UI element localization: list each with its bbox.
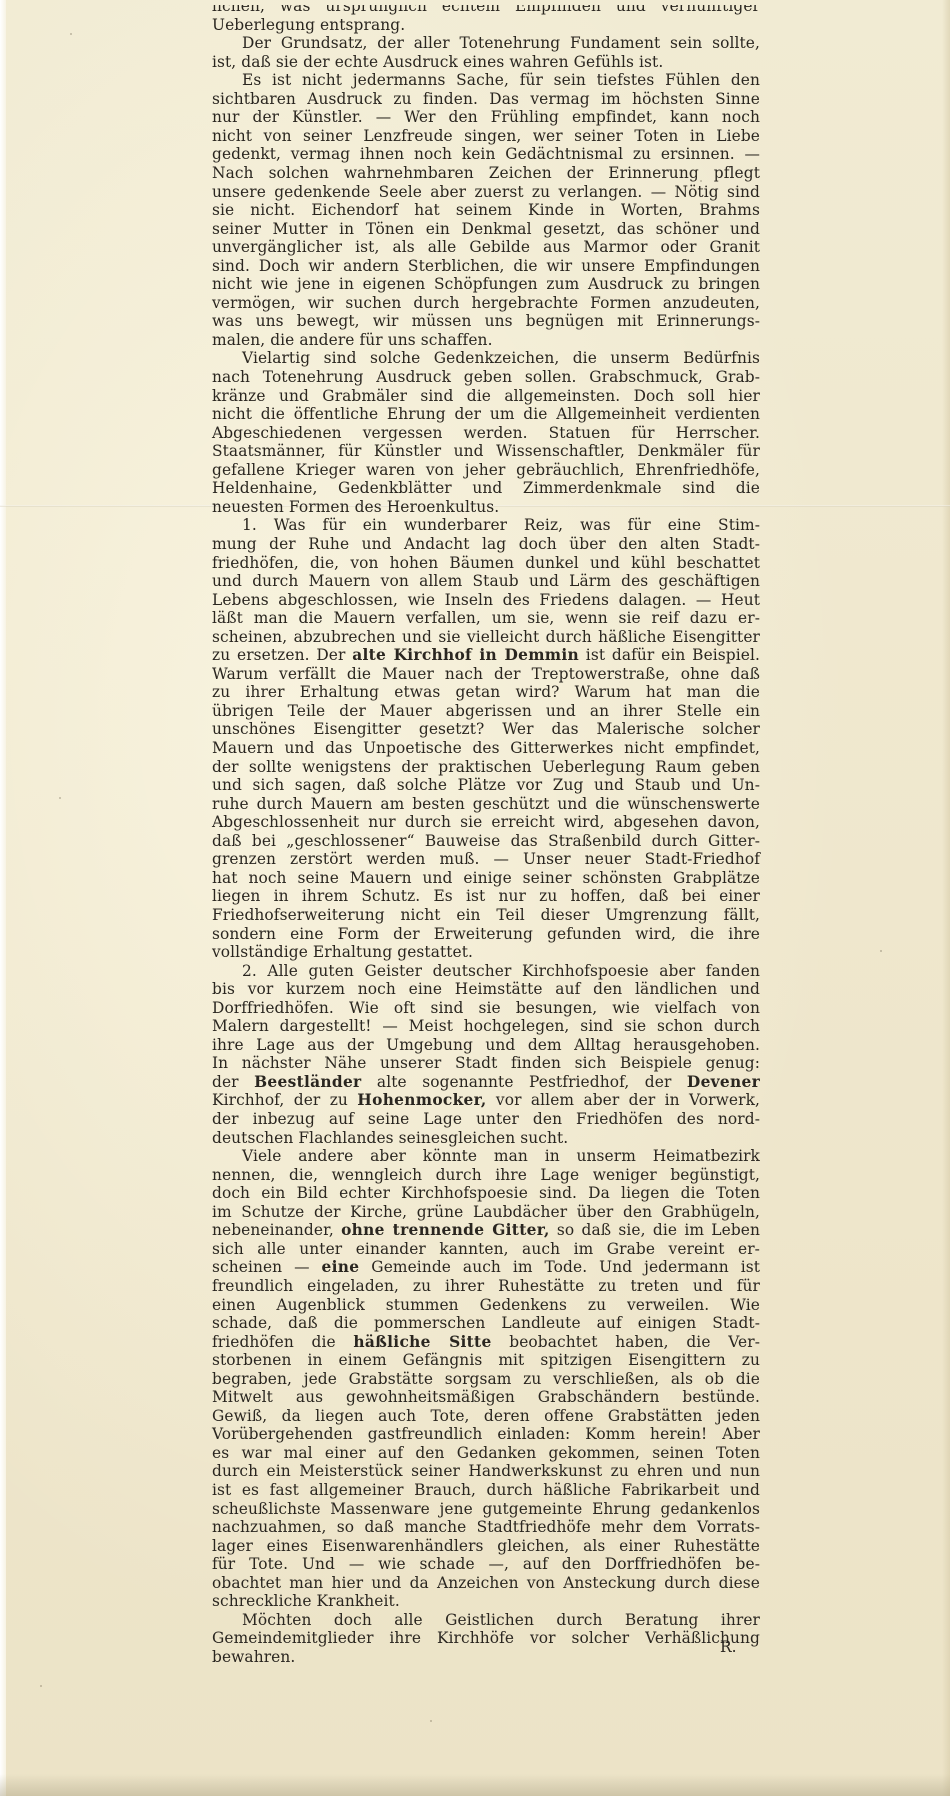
text-line: scheinen — eine Gemeinde auch im Tode. U… xyxy=(212,1257,760,1277)
text-run: nur der Künstler. — Wer den Frühling emp… xyxy=(212,108,760,126)
text-run: es war mal einer auf den Gedanken gekomm… xyxy=(212,1444,760,1462)
text-line: 2. Alle guten Geister deutscher Kirchhof… xyxy=(212,961,760,981)
text-line: obachtet man hier und da Anzeichen von A… xyxy=(212,1573,760,1593)
text-run: hat noch seine Mauern und einige seiner … xyxy=(212,869,760,887)
text-line: sie nicht. Eichendorf hat seinem Kinde i… xyxy=(212,200,760,220)
text-run: Warum verfällt die Mauer nach der Trepto… xyxy=(212,665,760,683)
text-line: Mitwelt aus gewohnheitsmäßigen Grabschän… xyxy=(212,1387,760,1407)
text-run: Kirchhof, der zu xyxy=(212,1091,357,1109)
text-line: hat noch seine Mauern und einige seiner … xyxy=(212,868,760,888)
text-line: liegen in ihrem Schutz. Es ist nur zu ho… xyxy=(212,886,760,906)
text-run: 2. Alle guten Geister deutscher Kirchhof… xyxy=(242,962,760,980)
text-run: nebeneinander, xyxy=(212,1221,341,1239)
text-line: gefallene Krieger waren von jeher gebräu… xyxy=(212,460,760,480)
text-run: bis vor kurzem noch eine Heimstätte auf … xyxy=(212,980,760,998)
text-run: Gewiß, da liegen auch Tote, deren offene… xyxy=(212,1407,760,1425)
text-run: scheußlichste Massenware jene gutgemeint… xyxy=(212,1500,760,1518)
text-run: nicht von seiner Lenzfreude singen, wer … xyxy=(212,127,760,145)
text-line: lager eines Eisenwarenhändlers gleichen,… xyxy=(212,1536,760,1556)
text-run: malen, die andere für uns schaffen. xyxy=(212,331,493,349)
text-line: friedhöfen, die, von hohen Bäumen dunkel… xyxy=(212,553,760,573)
text-line: Gemeindemitglieder ihre Kirchhöfe vor so… xyxy=(212,1628,760,1648)
text-run: vollständige Erhaltung gestattet. xyxy=(212,943,473,961)
text-run: sie nicht. Eichendorf hat seinem Kinde i… xyxy=(212,201,760,219)
text-line: gedenkt, vermag ihnen noch kein Gedächtn… xyxy=(212,144,760,164)
text-line: storbenen in einem Gefängnis mit spitzig… xyxy=(212,1350,760,1370)
text-line: nicht wie jene in eigenen Schöpfungen zu… xyxy=(212,274,760,294)
text-run: im Schutze der Kirche, grüne Laubdächer … xyxy=(212,1203,760,1221)
text-line: vermögen, wir suchen durch hergebrachte … xyxy=(212,293,760,313)
text-run: friedhöfen die xyxy=(212,1333,353,1351)
text-line: Möchten doch alle Geistlichen durch Bera… xyxy=(212,1610,760,1630)
text-run: friedhöfen, die, von hohen Bäumen dunkel… xyxy=(212,554,760,572)
text-line: kränze und Grabmäler sind die allgemeins… xyxy=(212,386,760,406)
text-line: mung der Ruhe und Andacht lag doch über … xyxy=(212,534,760,554)
text-run: Abgeschlossenheit nur durch sie erreicht… xyxy=(212,813,760,831)
text-line: einen Augenblick stummen Gedenkens zu ve… xyxy=(212,1295,760,1315)
text-line: Vorübergehenden gastfreundlich einladen:… xyxy=(212,1424,760,1444)
text-run: unvergänglicher ist, als alle Gebilde au… xyxy=(212,238,760,256)
text-line: Malern dargestellt! — Meist hochgelegen,… xyxy=(212,1016,760,1036)
text-run: gedenkt, vermag ihnen noch kein Gedächtn… xyxy=(212,145,760,163)
text-run: Möchten doch alle Geistlichen durch Bera… xyxy=(242,1611,760,1629)
text-line: läßt man die Mauern verfallen, um sie, w… xyxy=(212,608,760,628)
text-line: schade, daß die pommerschen Landleute au… xyxy=(212,1313,760,1333)
text-run: liegen in ihrem Schutz. Es ist nur zu ho… xyxy=(212,887,760,905)
bold-emphasis: ohne trennende Gitter, xyxy=(341,1221,550,1239)
text-line: Viele andere aber könnte man in unserm H… xyxy=(212,1146,760,1166)
text-run: einen Augenblick stummen Gedenkens zu ve… xyxy=(212,1296,760,1314)
text-line: sich alle unter einander kannten, auch i… xyxy=(212,1239,760,1259)
text-run: sondern eine Form der Erweiterung gefund… xyxy=(212,925,760,943)
text-run: sind. Doch wir andern Sterblichen, die w… xyxy=(212,257,760,275)
author-signature: R. xyxy=(720,1637,736,1657)
text-run: Gemeinde auch im Tode. Und jedermann ist xyxy=(359,1258,760,1276)
text-run: Gemeindemitglieder ihre Kirchhöfe vor so… xyxy=(212,1629,760,1647)
text-run: zu ihrer Erhaltung etwas getan wird? War… xyxy=(212,683,760,701)
text-line: Kirchhof, der zu Hohenmocker, vor allem … xyxy=(212,1090,760,1110)
text-line: übrigen Teile der Mauer abgerissen und a… xyxy=(212,701,760,721)
text-line: vollständige Erhaltung gestattet. xyxy=(212,942,760,962)
text-run: der inbezug auf seine Lage unter den Fri… xyxy=(212,1110,760,1128)
text-line: Warum verfällt die Mauer nach der Trepto… xyxy=(212,664,760,684)
text-run: mung der Ruhe und Andacht lag doch über … xyxy=(212,535,760,553)
text-line: bewahren. xyxy=(212,1647,760,1667)
text-run: was uns bewegt, wir müssen uns begnügen … xyxy=(212,312,760,330)
text-line: sind. Doch wir andern Sterblichen, die w… xyxy=(212,256,760,276)
text-line: unvergänglicher ist, als alle Gebilde au… xyxy=(212,237,760,257)
text-line: nicht von seiner Lenzfreude singen, wer … xyxy=(212,126,760,146)
text-run: schade, daß die pommerschen Landleute au… xyxy=(212,1314,760,1332)
text-line: Friedhofserweiterung nicht ein Teil dies… xyxy=(212,905,760,925)
text-line: malen, die andere für uns schaffen. xyxy=(212,330,760,350)
text-run: Friedhofserweiterung nicht ein Teil dies… xyxy=(212,906,760,924)
text-run: Der Grundsatz, der aller Totenehrung Fun… xyxy=(242,34,760,52)
text-run: deutschen Flachlandes seinesgleichen suc… xyxy=(212,1129,568,1147)
text-line: nachzuahmen, so daß manche Stadtfriedhöf… xyxy=(212,1517,760,1537)
bold-emphasis: Hohenmocker, xyxy=(357,1091,486,1109)
text-run: nicht die öffentliche Ehrung der um die … xyxy=(212,405,760,423)
text-run: durch ein Meisterstück seiner Handwerksk… xyxy=(212,1462,760,1480)
text-line: Lebens abgeschlossen, wie Inseln des Fri… xyxy=(212,590,760,610)
text-line: 1. Was für ein wunderbarer Reiz, was für… xyxy=(212,515,760,535)
bold-emphasis: Devener xyxy=(687,1073,760,1091)
text-run: doch ein Bild echter Kirchhofspoesie sin… xyxy=(212,1184,760,1202)
text-run: daß bei „geschlossener“ Bauweise das Str… xyxy=(212,832,760,850)
text-line: Der Grundsatz, der aller Totenehrung Fun… xyxy=(212,33,760,53)
text-line: In nächster Nähe unserer Stadt finden si… xyxy=(212,1053,760,1073)
text-run: ist es fast allgemeiner Brauch, durch hä… xyxy=(212,1481,760,1499)
text-line: scheinen, abzubrechen und sie vielleicht… xyxy=(212,627,760,647)
text-run: alte sogenannte Pestfriedhof, der xyxy=(361,1073,686,1091)
text-run: freundlich eingeladen, zu ihrer Ruhestät… xyxy=(212,1277,760,1295)
text-run: schreckliche Krankheit. xyxy=(212,1592,400,1610)
text-run: scheinen — xyxy=(212,1258,322,1276)
text-line: für Tote. Und — wie schade —, auf den Do… xyxy=(212,1554,760,1574)
text-run: neuesten Formen des Heroenkultus. xyxy=(212,498,499,516)
text-line: Mauern und das Unpoetische des Gitterwer… xyxy=(212,738,760,758)
text-run: Mauern und das Unpoetische des Gitterwer… xyxy=(212,739,760,757)
text-run: zu ersetzen. Der xyxy=(212,646,352,664)
text-run: läßt man die Mauern verfallen, um sie, w… xyxy=(212,609,760,627)
text-run: grenzen zerstört werden muß. — Unser neu… xyxy=(212,850,760,868)
text-run: nachzuahmen, so daß manche Stadtfriedhöf… xyxy=(212,1518,760,1536)
text-line: und durch Mauern von allem Staub und Lär… xyxy=(212,571,760,591)
text-run: Vielartig sind solche Gedenkzeichen, die… xyxy=(242,349,760,367)
text-line: Es ist nicht jedermanns Sache, für sein … xyxy=(212,70,760,90)
text-line: neuesten Formen des Heroenkultus. xyxy=(212,497,760,517)
text-line: im Schutze der Kirche, grüne Laubdächer … xyxy=(212,1202,760,1222)
text-run: der sollte wenigstens der praktischen Ue… xyxy=(212,758,760,776)
page-bottom-shadow xyxy=(0,1774,950,1796)
text-run: nicht wie jene in eigenen Schöpfungen zu… xyxy=(212,275,760,293)
text-line: Dorffriedhöfen. Wie oft sind sie besunge… xyxy=(212,998,760,1018)
text-line: nicht die öffentliche Ehrung der um die … xyxy=(212,404,760,424)
text-line: begraben, jede Grabstätte sorgsam zu ver… xyxy=(212,1369,760,1389)
text-line: freundlich eingeladen, zu ihrer Ruhestät… xyxy=(212,1276,760,1296)
text-line: bis vor kurzem noch eine Heimstätte auf … xyxy=(212,979,760,999)
text-line: doch ein Bild echter Kirchhofspoesie sin… xyxy=(212,1183,760,1203)
page-right-edge xyxy=(942,0,950,1796)
text-line: sichtbaren Ausdruck zu finden. Das verma… xyxy=(212,89,760,109)
text-run: seiner Mutter in Tönen ein Denkmal geset… xyxy=(212,220,760,238)
text-line: ist es fast allgemeiner Brauch, durch hä… xyxy=(212,1480,760,1500)
text-run: nennen, die, wenngleich durch ihre Lage … xyxy=(212,1166,760,1184)
text-line: der Beestländer alte sogenannte Pestfrie… xyxy=(212,1072,760,1092)
text-run: und sich sagen, daß solche Plätze vor Zu… xyxy=(212,776,760,794)
text-run: ist dafür ein Beispiel. xyxy=(579,646,760,664)
text-run: Malern dargestellt! — Meist hochgelegen,… xyxy=(212,1017,760,1035)
text-line: der sollte wenigstens der praktischen Ue… xyxy=(212,757,760,777)
text-run: Abgeschiedenen vergessen werden. Statuen… xyxy=(212,424,760,442)
text-line: sondern eine Form der Erweiterung gefund… xyxy=(212,924,760,944)
text-line: unsere gedenkende Seele aber zuerst zu v… xyxy=(212,182,760,202)
text-line: Abgeschiedenen vergessen werden. Statuen… xyxy=(212,423,760,443)
text-line: Ueberlegung entsprang. xyxy=(212,15,760,35)
text-run: für Tote. Und — wie schade —, auf den Do… xyxy=(212,1555,760,1573)
text-run: Vorübergehenden gastfreundlich einladen:… xyxy=(212,1425,760,1443)
text-run: bewahren. xyxy=(212,1648,295,1666)
text-run: Dorffriedhöfen. Wie oft sind sie besunge… xyxy=(212,999,760,1017)
text-run: lichen, was ursprünglich echtem Empfinde… xyxy=(212,0,760,15)
text-line: grenzen zerstört werden muß. — Unser neu… xyxy=(212,849,760,869)
text-line: friedhöfen die häßliche Sitte beobachtet… xyxy=(212,1332,760,1352)
text-line: zu ihrer Erhaltung etwas getan wird? War… xyxy=(212,682,760,702)
text-line: ihre Lage aus der Umgebung und dem Allta… xyxy=(212,1035,760,1055)
text-line: schreckliche Krankheit. xyxy=(212,1591,760,1611)
text-run: Lebens abgeschlossen, wie Inseln des Fri… xyxy=(212,591,760,609)
text-run: sich alle unter einander kannten, auch i… xyxy=(212,1240,760,1258)
bold-emphasis: häßliche Sitte xyxy=(353,1333,491,1351)
text-line: ist, daß sie der echte Ausdruck eines wa… xyxy=(212,52,760,72)
text-line: was uns bewegt, wir müssen uns begnügen … xyxy=(212,311,760,331)
text-run: Mitwelt aus gewohnheitsmäßigen Grabschän… xyxy=(212,1388,760,1406)
text-run: Nach solchen wahrnehmbaren Zeichen der E… xyxy=(212,164,760,182)
text-run: sichtbaren Ausdruck zu finden. Das verma… xyxy=(212,90,760,108)
text-run: übrigen Teile der Mauer abgerissen und a… xyxy=(212,702,760,720)
bold-emphasis: Beestländer xyxy=(254,1073,361,1091)
text-line: der inbezug auf seine Lage unter den Fri… xyxy=(212,1109,760,1129)
text-line: und sich sagen, daß solche Plätze vor Zu… xyxy=(212,775,760,795)
text-run: ruhe durch Mauern am besten geschützt un… xyxy=(212,795,760,813)
text-run: so daß sie, die im Leben xyxy=(550,1221,760,1239)
text-run: scheinen, abzubrechen und sie vielleicht… xyxy=(212,628,760,646)
text-line: zu ersetzen. Der alte Kirchhof in Demmin… xyxy=(212,645,760,665)
text-line: nur der Künstler. — Wer den Frühling emp… xyxy=(212,107,760,127)
text-line: es war mal einer auf den Gedanken gekomm… xyxy=(212,1443,760,1463)
text-run: unschönes Eisengitter gesetzt? Wer das M… xyxy=(212,720,760,738)
text-run: Es ist nicht jedermanns Sache, für sein … xyxy=(242,71,760,89)
bold-emphasis: alte Kirchhof in Demmin xyxy=(352,646,579,664)
text-line: nach Totenehrung Ausdruck geben sollen. … xyxy=(212,367,760,387)
text-run: Viele andere aber könnte man in unserm H… xyxy=(242,1147,760,1165)
text-line: Abgeschlossenheit nur durch sie erreicht… xyxy=(212,812,760,832)
text-run: Ueberlegung entsprang. xyxy=(212,16,405,34)
text-run: Staatsmänner, für Künstler und Wissensch… xyxy=(212,442,760,460)
text-line: durch ein Meisterstück seiner Handwerksk… xyxy=(212,1461,760,1481)
text-run: Heldenhaine, Gedenkblätter und Zimmerden… xyxy=(212,479,760,497)
page-left-edge xyxy=(0,0,6,1796)
text-run: 1. Was für ein wunderbarer Reiz, was für… xyxy=(242,516,760,534)
text-run: kränze und Grabmäler sind die allgemeins… xyxy=(212,387,760,405)
text-line: daß bei „geschlossener“ Bauweise das Str… xyxy=(212,831,760,851)
text-run: vor allem aber der in Vorwerk, xyxy=(487,1091,760,1109)
text-line: scheußlichste Massenware jene gutgemeint… xyxy=(212,1499,760,1519)
text-line: ruhe durch Mauern am besten geschützt un… xyxy=(212,794,760,814)
text-line: nebeneinander, ohne trennende Gitter, so… xyxy=(212,1220,760,1240)
text-line: deutschen Flachlandes seinesgleichen suc… xyxy=(212,1128,760,1148)
text-run: ist, daß sie der echte Ausdruck eines wa… xyxy=(212,53,663,71)
text-line: Gewiß, da liegen auch Tote, deren offene… xyxy=(212,1406,760,1426)
text-line: nennen, die, wenngleich durch ihre Lage … xyxy=(212,1165,760,1185)
text-run: vermögen, wir suchen durch hergebrachte … xyxy=(212,294,760,312)
bold-emphasis: eine xyxy=(322,1258,360,1276)
text-line: Heldenhaine, Gedenkblätter und Zimmerden… xyxy=(212,478,760,498)
text-run: In nächster Nähe unserer Stadt finden si… xyxy=(212,1054,760,1072)
text-run: der xyxy=(212,1073,254,1091)
text-run: lager eines Eisenwarenhändlers gleichen,… xyxy=(212,1537,760,1555)
text-line: Staatsmänner, für Künstler und Wissensch… xyxy=(212,441,760,461)
text-run: nach Totenehrung Ausdruck geben sollen. … xyxy=(212,368,760,386)
text-line: seiner Mutter in Tönen ein Denkmal geset… xyxy=(212,219,760,239)
text-run: ihre Lage aus der Umgebung und dem Allta… xyxy=(212,1036,760,1054)
paper-page: lichen, was ursprünglich echtem Empfinde… xyxy=(0,0,950,1796)
text-run: begraben, jede Grabstätte sorgsam zu ver… xyxy=(212,1370,760,1388)
text-line: unschönes Eisengitter gesetzt? Wer das M… xyxy=(212,719,760,739)
text-line: Nach solchen wahrnehmbaren Zeichen der E… xyxy=(212,163,760,183)
text-run: und durch Mauern von allem Staub und Lär… xyxy=(212,572,760,590)
text-line: Vielartig sind solche Gedenkzeichen, die… xyxy=(212,348,760,368)
text-run: beobachtet haben, die Ver- xyxy=(492,1333,760,1351)
text-run: unsere gedenkende Seele aber zuerst zu v… xyxy=(212,183,760,201)
text-run: storbenen in einem Gefängnis mit spitzig… xyxy=(212,1351,760,1369)
text-run: obachtet man hier und da Anzeichen von A… xyxy=(212,1574,760,1592)
text-run: gefallene Krieger waren von jeher gebräu… xyxy=(212,461,760,479)
